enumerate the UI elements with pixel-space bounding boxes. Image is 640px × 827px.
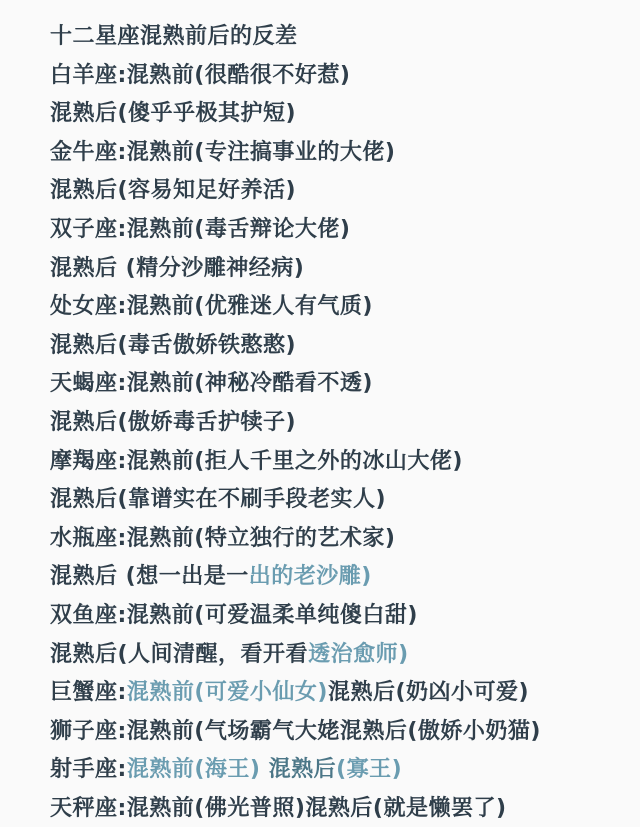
text-segment: 混熟后(人间清醒，看开看 — [50, 642, 308, 667]
text-segment: 混熟后 (精分沙雕神经病) — [50, 256, 304, 281]
text-segment: 巨蟹座: — [50, 680, 127, 705]
text-segment: 混熟后(容易知足好养活) — [50, 178, 296, 203]
text-segment-highlight: (寡王) — [336, 757, 402, 782]
line-taurus-before: 金牛座:混熟前(专注搞事业的大佬) — [50, 134, 620, 173]
title-text: 十二星座混熟前后的反差 — [50, 24, 298, 49]
text-segment: 混熟后 (想一出是一 — [50, 564, 249, 589]
text-segment: 混熟后(奶凶小可爱) — [328, 680, 529, 705]
page-title: 十二星座混熟前后的反差 — [50, 18, 620, 57]
line-pisces-after: 混熟后(人间清醒，看开看透治愈师) — [50, 636, 620, 675]
line-virgo-after: 混熟后(毒舌傲娇铁憨憨) — [50, 327, 620, 366]
line-gemini-after: 混熟后 (精分沙雕神经病) — [50, 250, 620, 289]
text-segment-highlight: 混熟前(可爱小仙女) — [127, 680, 328, 705]
line-aries-before: 白羊座:混熟前(很酷很不好惹) — [50, 57, 620, 96]
line-virgo-before: 处女座:混熟前(优雅迷人有气质) — [50, 288, 620, 327]
text-segment: 射手座: — [50, 757, 127, 782]
text-segment: 混熟后(傲娇毒舌护犊子) — [50, 410, 296, 435]
text-segment: 混熟后(靠谱实在不刷手段老实人) — [50, 487, 386, 512]
text-segment: 双子座:混熟前(毒舌辩论大佬) — [50, 217, 350, 242]
text-segment: 双鱼座:混熟前(可爱温柔单纯傻白甜) — [50, 603, 418, 628]
line-taurus-after: 混熟后(容易知足好养活) — [50, 172, 620, 211]
text-segment-highlight: 透治愈师) — [308, 642, 409, 667]
text-segment: 白羊座:混熟前(很酷很不好惹) — [50, 63, 350, 88]
line-libra: 天秤座:混熟前(佛光普照)混熟后(就是懒罢了) — [50, 790, 620, 827]
text-segment: 混熟后(傻乎乎极其护短) — [50, 101, 296, 126]
line-leo: 狮子座:混熟前(气场霸气大姥混熟后(傲娇小奶猫) — [50, 713, 620, 752]
line-capricorn-after: 混熟后(靠谱实在不刷手段老实人) — [50, 481, 620, 520]
line-aries-after: 混熟后(傻乎乎极其护短) — [50, 95, 620, 134]
line-aquarius-before: 水瓶座:混熟前(特立独行的艺术家) — [50, 520, 620, 559]
line-sagittarius: 射手座:混熟前(海王) 混熟后(寡王) — [50, 751, 620, 790]
line-pisces-before: 双鱼座:混熟前(可爱温柔单纯傻白甜) — [50, 597, 620, 636]
text-segment: 天蝎座:混熟前(神秘冷酷看不透) — [50, 371, 373, 396]
text-segment: 摩羯座:混熟前(拒人千里之外的冰山大佬) — [50, 449, 463, 474]
text-segment: 水瓶座:混熟前(特立独行的艺术家) — [50, 526, 395, 551]
line-scorpio-before: 天蝎座:混熟前(神秘冷酷看不透) — [50, 365, 620, 404]
text-segment-highlight: 混熟前(海王) — [127, 757, 261, 782]
text-segment-highlight: 出的老沙雕) — [249, 564, 372, 589]
line-capricorn-before: 摩羯座:混熟前(拒人千里之外的冰山大佬) — [50, 443, 620, 482]
line-gemini-before: 双子座:混熟前(毒舌辩论大佬) — [50, 211, 620, 250]
line-aquarius-after: 混熟后 (想一出是一出的老沙雕) — [50, 558, 620, 597]
text-segment: 混熟后 — [260, 757, 336, 782]
text-segment: 狮子座:混熟前(气场霸气大姥混熟后(傲娇小奶猫) — [50, 719, 541, 744]
text-segment: 处女座:混熟前(优雅迷人有气质) — [50, 294, 373, 319]
text-segment: 混熟后(毒舌傲娇铁憨憨) — [50, 333, 296, 358]
text-document: 十二星座混熟前后的反差 白羊座:混熟前(很酷很不好惹) 混熟后(傻乎乎极其护短)… — [0, 0, 640, 827]
text-segment: 金牛座:混熟前(专注搞事业的大佬) — [50, 140, 395, 165]
line-scorpio-after: 混熟后(傲娇毒舌护犊子) — [50, 404, 620, 443]
text-segment: 天秤座:混熟前(佛光普照)混熟后(就是懒罢了) — [50, 796, 507, 821]
line-cancer: 巨蟹座:混熟前(可爱小仙女)混熟后(奶凶小可爱) — [50, 674, 620, 713]
